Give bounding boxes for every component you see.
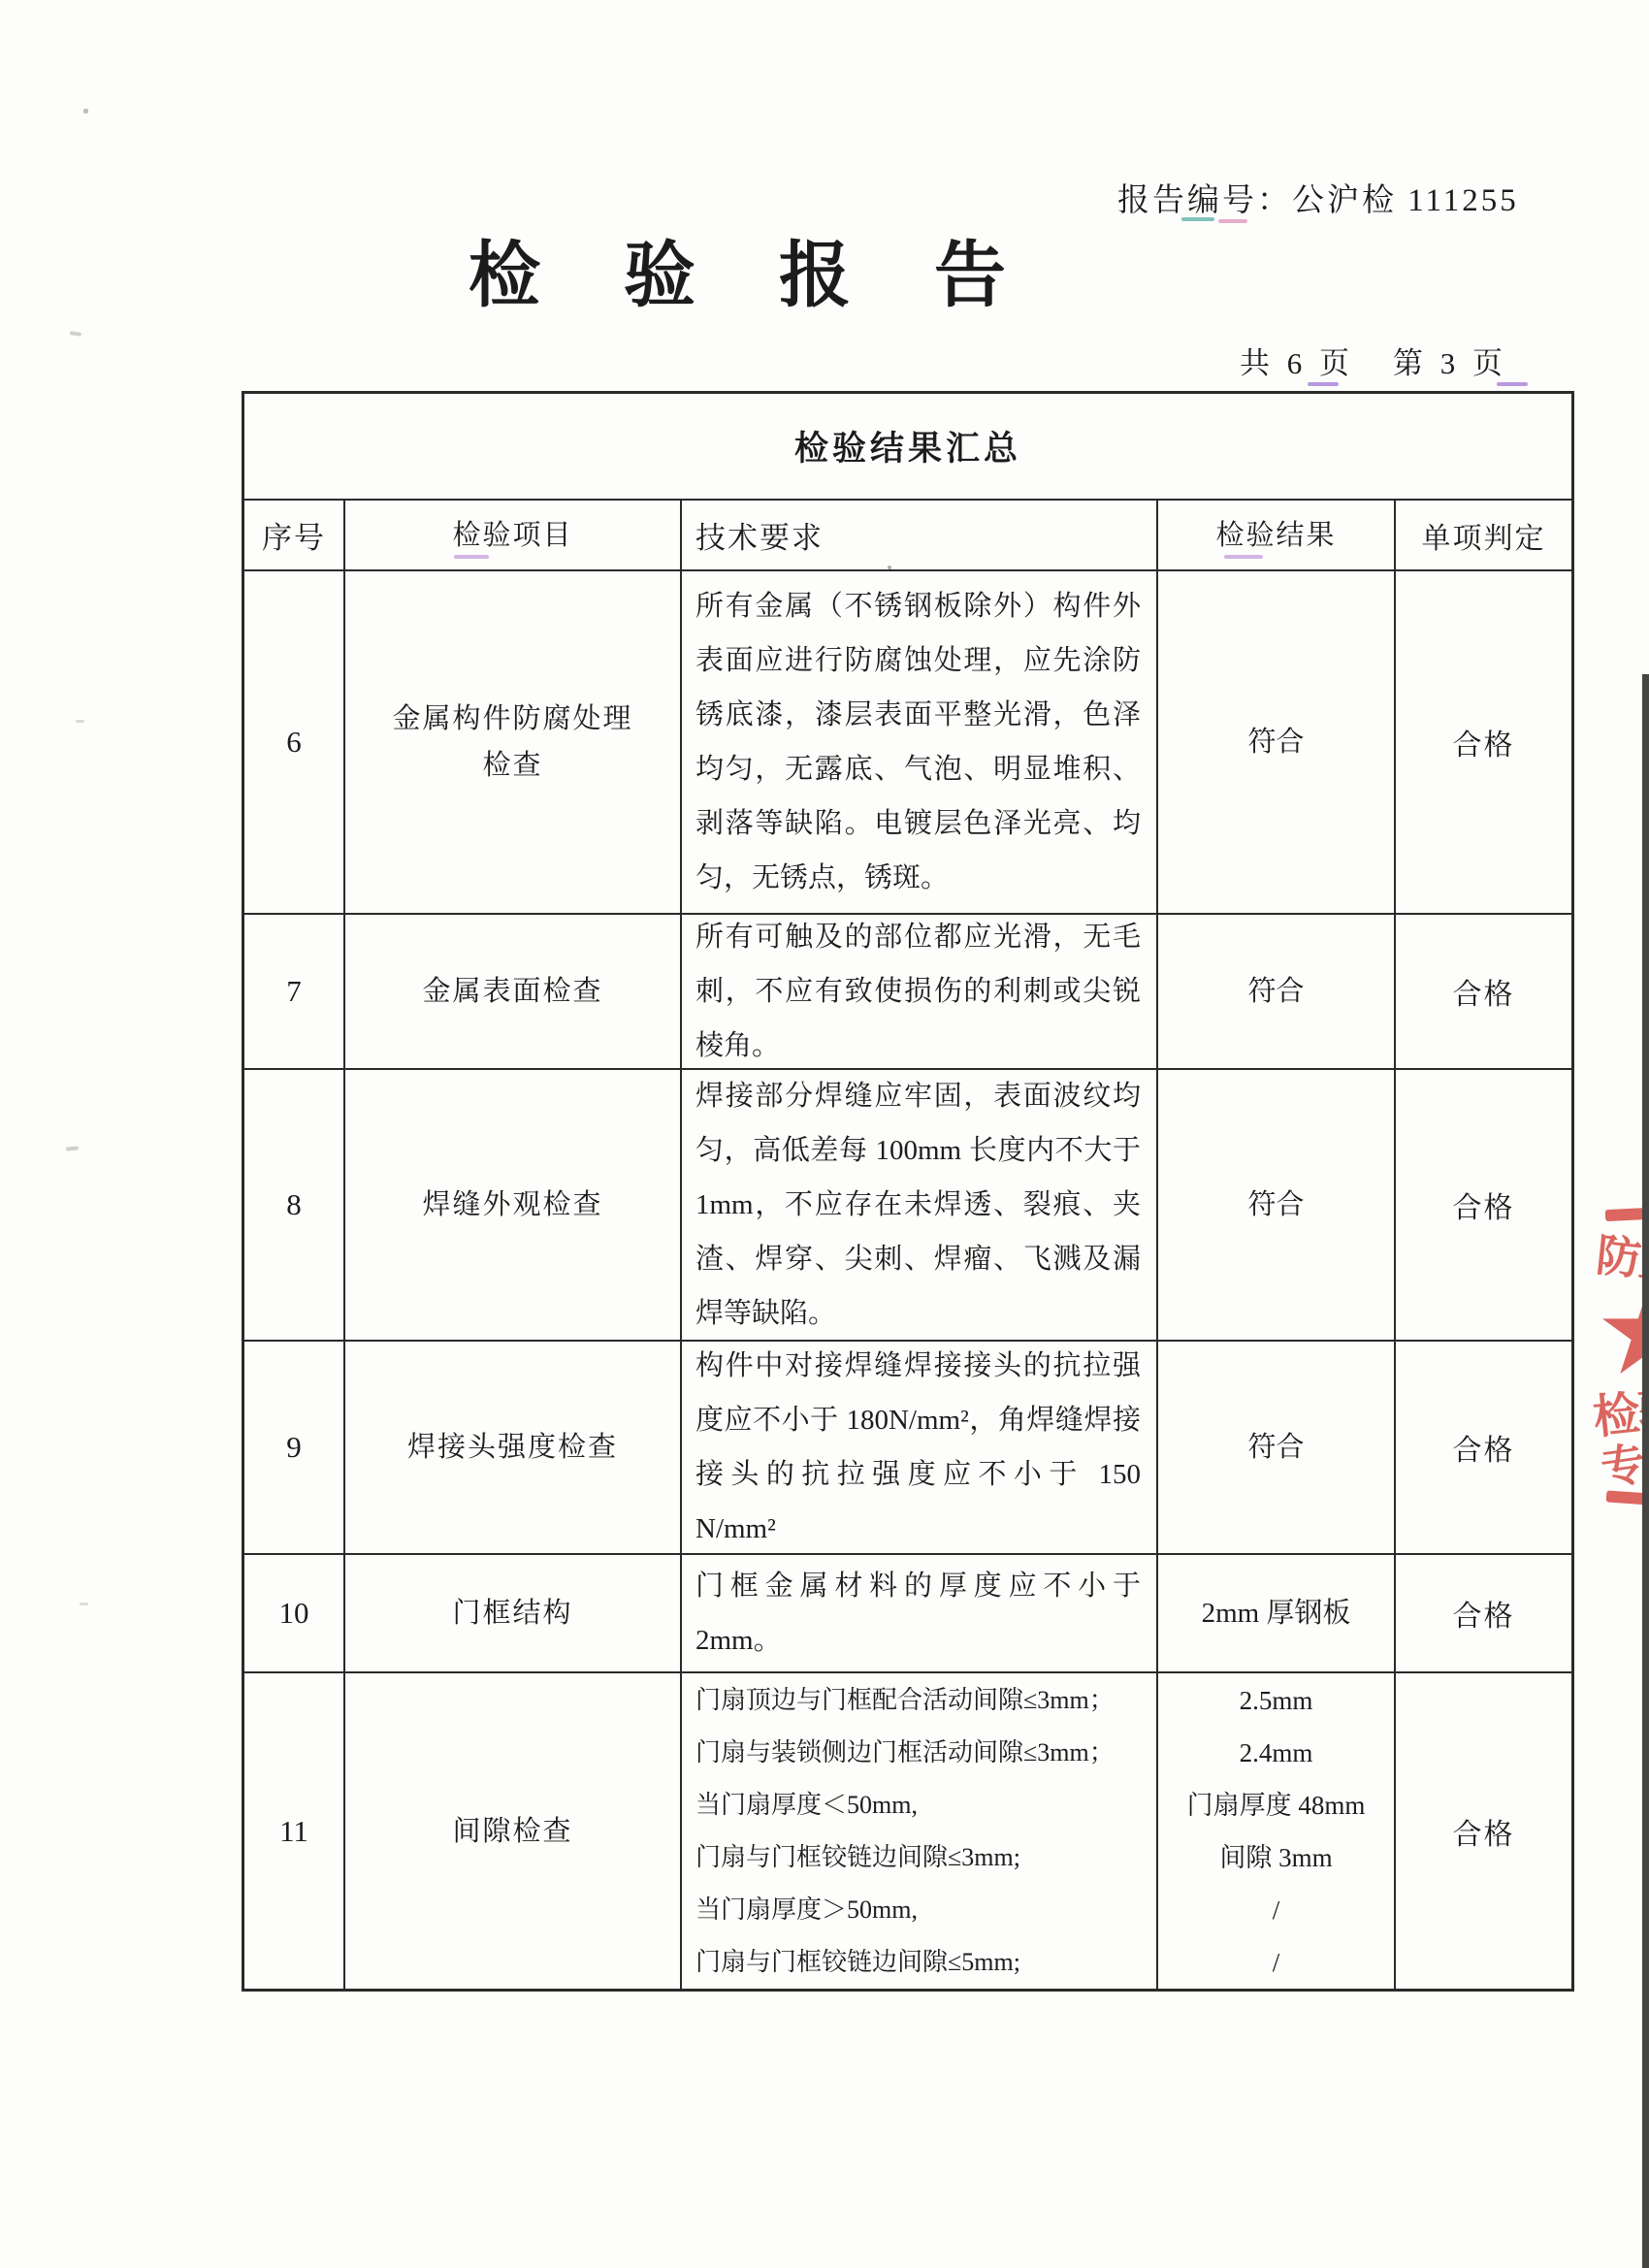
row-verdict: 合格 [1394, 915, 1571, 1068]
header-result: 检验结果 [1156, 501, 1394, 569]
row-no: 11 [244, 1673, 343, 1989]
row-verdict: 合格 [1394, 1555, 1571, 1671]
row-no: 10 [244, 1555, 343, 1671]
table-row: 6 金属构件防腐处理 检查 所有金属（不锈钢板除外）构件外表面应进行防腐蚀处理，… [244, 569, 1571, 913]
row-result: 符合 [1156, 915, 1394, 1068]
header-req: 技术要求 [680, 501, 1156, 569]
report-number: 报告编号：公沪检 111255 [1117, 175, 1519, 220]
scanned-report-page: 报告编号：公沪检 111255 检验报告 共 6 页第 3 页 检验结果汇总 序… [0, 0, 1649, 2268]
stamp-text-top: 防盗 [1594, 1220, 1649, 1293]
row-item: 门框结构 [343, 1555, 680, 1671]
row-item: 间隙检查 [343, 1673, 680, 1989]
scan-artifact [888, 566, 891, 569]
row-requirement: 构件中对接焊缝焊接接头的抗拉强度应不小于 180N/mm²，角焊缝焊接接头的抗拉… [680, 1342, 1156, 1553]
row-result: 符合 [1156, 1070, 1394, 1340]
requirement-text: 焊接部分焊缝应牢固，表面波纹均匀，高低差每 100mm 长度内不大于 1mm，不… [695, 1070, 1141, 1340]
row-requirement: 所有可触及的部位都应光滑，无毛刺，不应有致使损伤的利刺或尖锐棱角。 [680, 915, 1156, 1068]
table-row: 8 焊缝外观检查 焊接部分焊缝应牢固，表面波纹均匀，高低差每 100mm 长度内… [244, 1068, 1571, 1340]
row-item: 金属构件防腐处理 检查 [343, 571, 680, 913]
header-verdict: 单项判定 [1394, 501, 1571, 569]
stamp-text-middle: 检验 [1590, 1371, 1649, 1446]
pagination: 共 6 页第 3 页 [1240, 339, 1507, 382]
requirement-text: 构件中对接焊缝焊接接头的抗拉强度应不小于 180N/mm²，角焊缝焊接接头的抗拉… [695, 1342, 1141, 1553]
table-title: 检验结果汇总 [244, 394, 1571, 499]
row-no: 9 [244, 1342, 343, 1553]
header-seq: 序号 [244, 501, 343, 569]
inspection-results-table: 检验结果汇总 序号 检验项目 技术要求 检验结果 单项判定 6 金属构件防腐处理… [242, 391, 1574, 1992]
page-total: 共 6 页 [1240, 346, 1354, 380]
row-item: 焊缝外观检查 [343, 1070, 680, 1340]
scan-artifact [70, 331, 81, 337]
requirement-text: 所有金属（不锈钢板除外）构件外表面应进行防腐蚀处理，应先涂防锈底漆，漆层表面平整… [695, 579, 1141, 905]
row-result: 符合 [1156, 1342, 1394, 1553]
stamp-text-bottom: 专用 [1597, 1422, 1649, 1498]
scan-artifact [80, 1603, 88, 1605]
scan-artifact [1308, 382, 1339, 386]
scan-artifact [83, 109, 88, 113]
row-requirement: 门扇顶边与门框配合活动间隙≤3mm； 门扇与装锁侧边门框活动间隙≤3mm； 当门… [680, 1673, 1156, 1989]
row-no: 8 [244, 1070, 343, 1340]
scan-artifact [1218, 219, 1247, 223]
row-verdict: 合格 [1394, 571, 1571, 913]
row-no: 7 [244, 915, 343, 1068]
scan-artifact [66, 1146, 79, 1150]
row-verdict: 合格 [1394, 1342, 1571, 1553]
table-row: 9 焊接头强度检查 构件中对接焊缝焊接接头的抗拉强度应不小于 180N/mm²，… [244, 1340, 1571, 1553]
row-result: 符合 [1156, 571, 1394, 913]
scan-artifact [76, 720, 84, 723]
scan-edge-shadow [1642, 674, 1649, 2268]
row-requirement: 门框金属材料的厚度应不小于 2mm。 [680, 1555, 1156, 1671]
table-header-row: 序号 检验项目 技术要求 检验结果 单项判定 [244, 499, 1571, 569]
requirement-text: 门框金属材料的厚度应不小于 2mm。 [695, 1559, 1141, 1668]
row-verdict: 合格 [1394, 1070, 1571, 1340]
scan-artifact [1224, 555, 1263, 559]
table-row: 10 门框结构 门框金属材料的厚度应不小于 2mm。 2mm 厚钢板 合格 [244, 1553, 1571, 1671]
row-result: 2mm 厚钢板 [1156, 1555, 1394, 1671]
row-no: 6 [244, 571, 343, 913]
table-row: 11 间隙检查 门扇顶边与门框配合活动间隙≤3mm； 门扇与装锁侧边门框活动间隙… [244, 1671, 1571, 1989]
scan-artifact [1181, 217, 1214, 221]
row-item: 金属表面检查 [343, 915, 680, 1068]
requirement-text: 所有可触及的部位都应光滑，无毛刺，不应有致使损伤的利刺或尖锐棱角。 [695, 915, 1141, 1068]
row-requirement: 焊接部分焊缝应牢固，表面波纹均匀，高低差每 100mm 长度内不大于 1mm，不… [680, 1070, 1156, 1340]
scan-artifact [1497, 382, 1528, 386]
row-verdict: 合格 [1394, 1673, 1571, 1989]
row-requirement: 所有金属（不锈钢板除外）构件外表面应进行防腐蚀处理，应先涂防锈底漆，漆层表面平整… [680, 571, 1156, 913]
requirement-text: 门扇顶边与门框配合活动间隙≤3mm； 门扇与装锁侧边门框活动间隙≤3mm； 当门… [695, 1674, 1141, 1989]
table-row: 7 金属表面检查 所有可触及的部位都应光滑，无毛刺，不应有致使损伤的利刺或尖锐棱… [244, 913, 1571, 1068]
page-current: 第 3 页 [1393, 346, 1507, 380]
scan-artifact [454, 555, 489, 559]
document-title: 检验报告 [469, 233, 1089, 320]
row-item: 焊接头强度检查 [343, 1342, 680, 1553]
row-result: 2.5mm 2.4mm 门扇厚度 48mm 间隙 3mm / / [1156, 1673, 1394, 1989]
header-item: 检验项目 [343, 501, 680, 569]
